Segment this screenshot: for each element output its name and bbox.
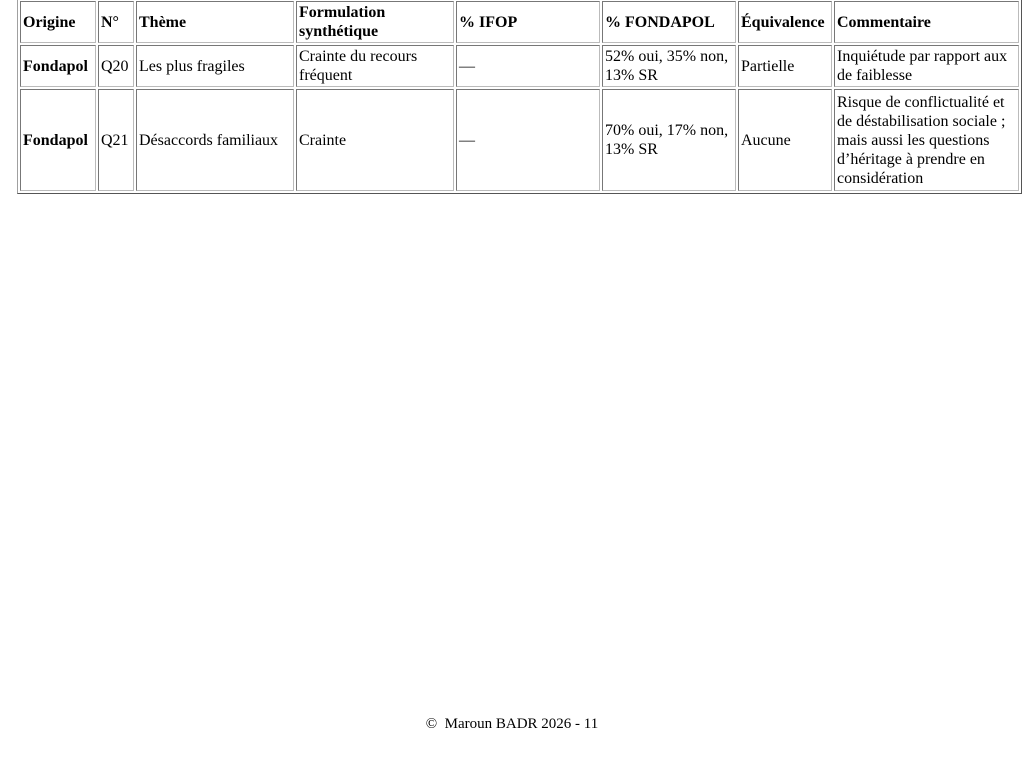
cell-numero: Q20 (98, 45, 134, 87)
cell-fondapol: 52% oui, 35% non, 13% SR (602, 45, 736, 87)
header-fondapol: % FONDAPOL (602, 1, 736, 43)
header-ifop: % IFOP (456, 1, 600, 43)
cell-theme: Les plus fragiles (136, 45, 294, 87)
cell-formulation: Crainte du recours fréquent (296, 45, 454, 87)
header-theme: Thème (136, 1, 294, 43)
cell-theme: Désaccords familiaux (136, 89, 294, 191)
cell-origine: Fondapol (20, 45, 96, 87)
cell-origine: Fondapol (20, 89, 96, 191)
header-equivalence: Équivalence (738, 1, 832, 43)
cell-fondapol: 70% oui, 17% non, 13% SR (602, 89, 736, 191)
header-origine: Origine (20, 1, 96, 43)
footer-text: Maroun BADR 2026 - 11 (445, 716, 599, 732)
cell-commentaire: Risque de conflictualité et de déstabili… (834, 89, 1019, 191)
table-row: Fondapol Q20 Les plus fragiles Crainte d… (20, 45, 1019, 87)
cell-numero: Q21 (98, 89, 134, 191)
header-numero: N° (98, 1, 134, 43)
cell-commentaire: Inquiétude par rapport aux de faiblesse (834, 45, 1019, 87)
copyright-icon: © (426, 716, 437, 732)
header-commentaire: Commentaire (834, 1, 1019, 43)
header-formulation: Formulation synthétique (296, 1, 454, 43)
cell-formulation: Crainte (296, 89, 454, 191)
table-header-row: Origine N° Thème Formulation synthétique… (20, 1, 1019, 43)
cell-equivalence: Aucune (738, 89, 832, 191)
table-row: Fondapol Q21 Désaccords familiaux Craint… (20, 89, 1019, 191)
page-footer: © Maroun BADR 2026 - 11 (0, 716, 1024, 733)
comparison-table: Origine N° Thème Formulation synthétique… (17, 0, 1022, 194)
cell-ifop: — (456, 89, 600, 191)
cell-equivalence: Partielle (738, 45, 832, 87)
cell-ifop: — (456, 45, 600, 87)
